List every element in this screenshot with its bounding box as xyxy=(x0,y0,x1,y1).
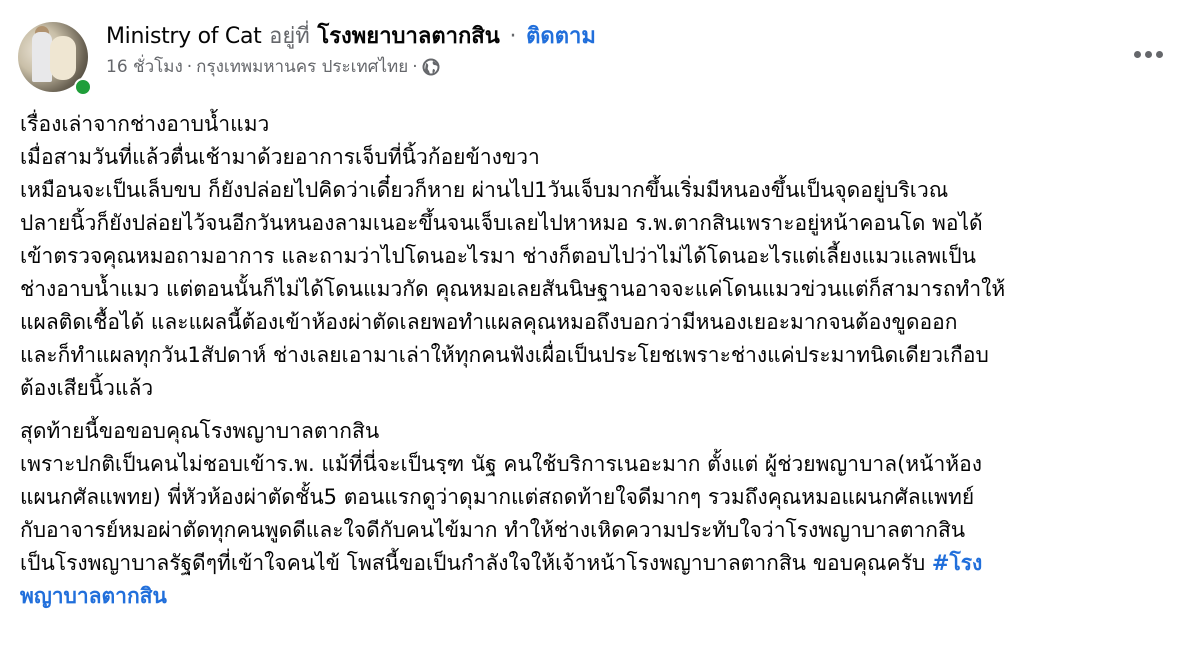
meta-line: 16 ชั่วโมง · กรุงเทพมหานคร ประเทศไทย · xyxy=(106,54,596,80)
post-line: พญาบาลตากสิน xyxy=(20,580,1190,613)
post-time[interactable]: 16 ชั่วโมง xyxy=(106,54,183,80)
post-body: เรื่องเล่าจากช่างอาบน้ำแมว เมื่อสามวันที… xyxy=(20,108,1190,623)
online-status-icon xyxy=(74,78,92,96)
post-line: แผนกศัลแพทย) พี่หัวห้องผ่าตัดชั้น5 ตอนแร… xyxy=(20,481,1190,514)
more-options-button[interactable] xyxy=(1128,42,1168,66)
avatar-cat xyxy=(50,36,76,80)
avatar-person xyxy=(32,32,52,82)
post-line: เหมือนจะเป็นเล็บขบ ก็ยังปล่อยไปคิดว่าเดี… xyxy=(20,174,1190,207)
follow-button[interactable]: ติดตาม xyxy=(526,24,596,49)
at-label: อยู่ที่ xyxy=(269,24,310,49)
post-location[interactable]: กรุงเทพมหานคร ประเทศไทย xyxy=(196,54,408,80)
header-text: Ministry of Cat อยู่ที่ โรงพยาบาลตากสิน … xyxy=(106,20,596,80)
place-link[interactable]: โรงพยาบาลตากสิน xyxy=(317,24,499,49)
post-line: ปลายนิ้วก็ยังปล่อยไว้จนอีกวันหนองลามเนอะ… xyxy=(20,207,1190,240)
post-line: เพราะปกติเป็นคนไม่ชอบเข้าร.พ. แม้ที่นี่จ… xyxy=(20,448,1190,481)
separator: · xyxy=(187,54,192,80)
author-name[interactable]: Ministry of Cat xyxy=(106,24,261,49)
post-line: ต้องเสียนิ้วแล้ว xyxy=(20,372,1190,405)
post-line: กับอาจารย์หมอผ่าตัดทุกคนพูดดีและใจดีกับค… xyxy=(20,514,1190,547)
post-line: เมื่อสามวันที่แล้วตื่นเช้ามาด้วยอาการเจ็… xyxy=(20,141,1190,174)
name-line: Ministry of Cat อยู่ที่ โรงพยาบาลตากสิน … xyxy=(106,20,596,54)
post-line: เป็นโรงพญาบาลรัฐดีๆที่เข้าใจคนไข้ โพสนี้… xyxy=(20,547,1190,580)
post-line: ช่างอาบน้ำแมว แต่ตอนนั้นก็ไม่ได้โดนแมวกั… xyxy=(20,273,1190,306)
hashtag-link[interactable]: พญาบาลตากสิน xyxy=(20,584,167,608)
globe-icon[interactable] xyxy=(422,58,440,76)
hashtag-link[interactable]: #โรง xyxy=(932,551,982,575)
post-paragraph-1: เรื่องเล่าจากช่างอาบน้ำแมว เมื่อสามวันที… xyxy=(20,108,1190,405)
facebook-post: Ministry of Cat อยู่ที่ โรงพยาบาลตากสิน … xyxy=(0,0,1200,657)
more-horizontal-icon xyxy=(1134,51,1141,58)
separator: · xyxy=(412,54,417,80)
post-line: สุดท้ายนี้ขอขอบคุณโรงพญาบาลตากสิน xyxy=(20,415,1190,448)
post-header: Ministry of Cat อยู่ที่ โรงพยาบาลตากสิน … xyxy=(18,18,1180,94)
post-line: แผลติดเชื้อได้ และแผลนี้ต้องเข้าห้องผ่าต… xyxy=(20,306,1190,339)
separator: · xyxy=(507,24,518,49)
post-line-text: เป็นโรงพญาบาลรัฐดีๆที่เข้าใจคนไข้ โพสนี้… xyxy=(20,551,932,575)
more-horizontal-icon xyxy=(1145,51,1152,58)
post-line: และก็ทำแผลทุกวัน1สัปดาห์ ช่างเลยเอามาเล่… xyxy=(20,339,1190,372)
post-line: เข้าตรวจคุณหมอถามอาการ และถามว่าไปโดนอะไ… xyxy=(20,240,1190,273)
post-paragraph-2: สุดท้ายนี้ขอขอบคุณโรงพญาบาลตากสิน เพราะป… xyxy=(20,415,1190,613)
more-horizontal-icon xyxy=(1156,51,1163,58)
post-line: เรื่องเล่าจากช่างอาบน้ำแมว xyxy=(20,108,1190,141)
